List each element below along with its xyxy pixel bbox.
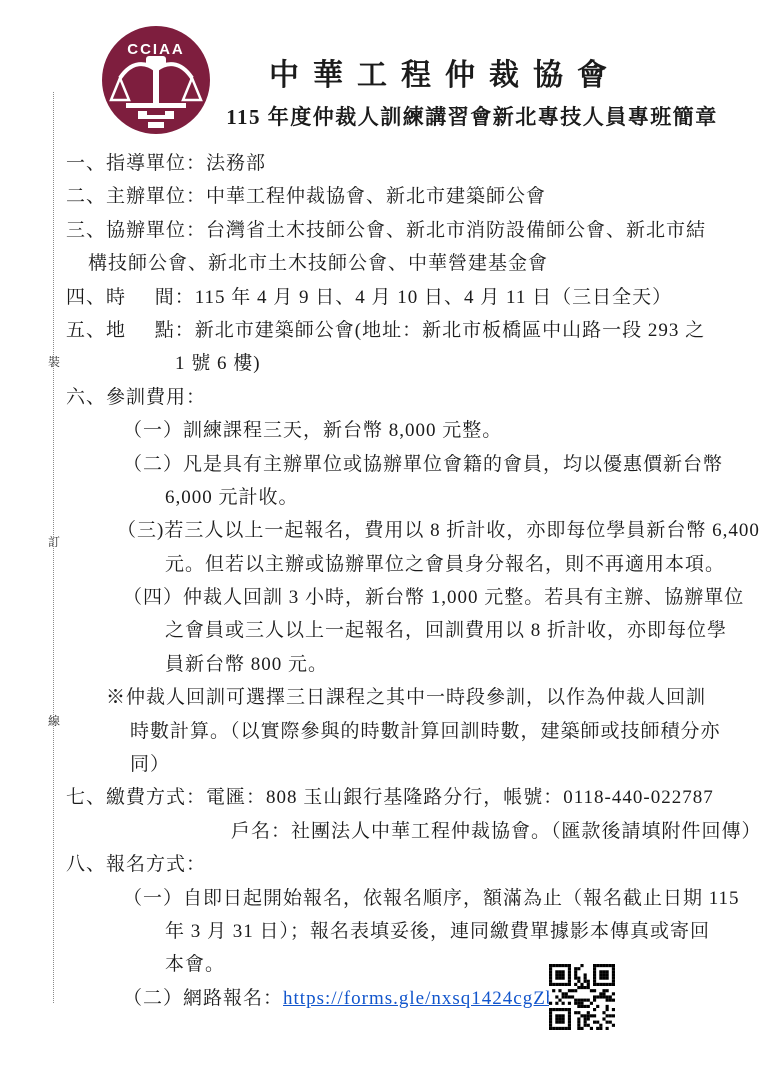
- text-line: 之會員或三人以上一起報名，回訓費用以 8 折計收，亦即每位學: [66, 614, 756, 647]
- text-line: 七、繳費方式：電匯：808 玉山銀行基隆路分行，帳號：0118-440-0227…: [66, 781, 756, 814]
- text-line: （一）訓練課程三天，新台幣 8,000 元整。: [66, 414, 756, 447]
- cciaa-logo: CCIAA: [100, 24, 212, 136]
- text-line: 八、報名方式：: [66, 848, 756, 881]
- text-line: （一）自即日起開始報名，依報名順序，額滿為止（報名截止日期 115: [66, 882, 756, 915]
- text-line: 時數計算。（以實際參與的時數計算回訓時數，建築師或技師積分亦: [66, 715, 756, 748]
- logo-acronym: CCIAA: [127, 41, 185, 58]
- text-line: 戶名：社團法人中華工程仲裁協會。（匯款後請填附件回傳）: [66, 815, 756, 848]
- document-page: 裝 訂 線 CCIAA 中華工程仲裁協會 115 年度仲裁人訓練講習會新北專技人…: [0, 0, 764, 1080]
- qr-code: [549, 964, 615, 1030]
- line-prefix: （二）網路報名：: [123, 988, 283, 1009]
- document-body: 一、指導單位：法務部二、主辦單位：中華工程仲裁協會、新北市建築師公會三、協辦單位…: [66, 147, 756, 1015]
- text-line: 一、指導單位：法務部: [66, 147, 756, 180]
- text-line: 員新台幣 800 元。: [66, 648, 756, 681]
- text-line: 五、地 點：新北市建築師公會(地址：新北市板橋區中山路一段 293 之: [66, 314, 756, 347]
- text-line: 6,000 元計收。: [66, 481, 756, 514]
- text-line: （四）仲裁人回訓 3 小時，新台幣 1,000 元整。若具有主辦、協辦單位: [66, 581, 756, 614]
- binding-char: 裝: [47, 356, 61, 369]
- text-line: （二）網路報名：https://forms.gle/nxsq1424cgZbqt…: [66, 982, 756, 1015]
- text-line: ※仲裁人回訓可選擇三日課程之其中一時段參訓，以作為仲裁人回訓: [66, 681, 756, 714]
- binding-char: 訂: [47, 536, 61, 549]
- text-line: 構技師公會、新北市土木技師公會、中華營建基金會: [66, 247, 756, 280]
- doc-subtitle: 115 年度仲裁人訓練講習會新北專技人員專班簡章: [217, 101, 727, 131]
- text-line: 年 3 月 31 日）；報名表填妥後，連同繳費單據影本傳真或寄回: [66, 915, 756, 948]
- text-line: （二）凡是具有主辦單位或協辦單位會籍的會員，均以優惠價新台幣: [66, 448, 756, 481]
- text-line: 本會。: [66, 948, 756, 981]
- org-title: 中華工程仲裁協會: [215, 50, 675, 94]
- text-line: 三、協辦單位：台灣省土木技師公會、新北市消防設備師公會、新北市結: [66, 214, 756, 247]
- text-line: 元。但若以主辦或協辦單位之會員身分報名，則不再適用本項。: [66, 548, 756, 581]
- text-line: 二、主辦單位：中華工程仲裁協會、新北市建築師公會: [66, 180, 756, 213]
- binding-line: 裝 訂 線: [53, 92, 54, 1003]
- text-line: （三)若三人以上一起報名，費用以 8 折計收，亦即每位學員新台幣 6,400: [66, 514, 756, 547]
- text-line: 同）: [66, 748, 756, 781]
- text-line: 六、參訓費用：: [66, 381, 756, 414]
- binding-char: 線: [47, 715, 61, 728]
- text-line: 1 號 6 樓): [66, 347, 756, 380]
- text-line: 四、時 間：115 年 4 月 9 日、4 月 10 日、4 月 11 日（三日…: [66, 281, 756, 314]
